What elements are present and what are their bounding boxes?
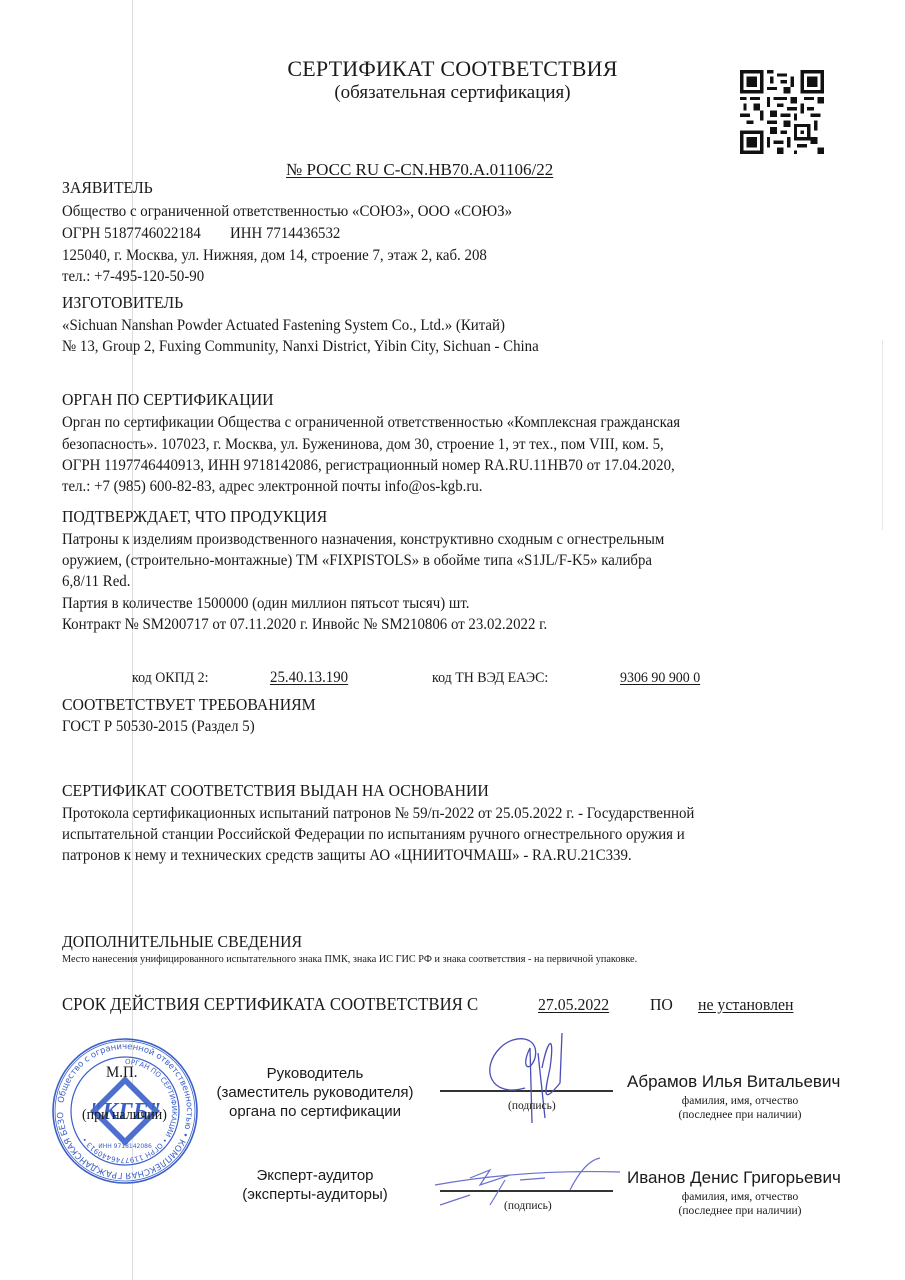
caption-line: (последнее при наличии) [640, 1108, 840, 1122]
applicant-name: Общество с ограниченной ответственностью… [62, 201, 512, 223]
auditor-role: Эксперт-аудитор (эксперты-аудиторы) [200, 1166, 430, 1204]
stamp-place-label: М.П. [106, 1062, 137, 1084]
basis-line: испытательной станции Российской Федерац… [62, 824, 685, 846]
product-line: Партия в количестве 1500000 (один миллио… [62, 593, 469, 615]
additional-text: Место нанесения унифицированного испытат… [62, 953, 637, 965]
role-line: Руководитель [200, 1064, 430, 1083]
signatory-name: Абрамов Илья Витальевич [627, 1072, 840, 1092]
okpd-label: код ОКПД 2: [132, 667, 209, 689]
name-caption: фамилия, имя, отчество (последнее при на… [640, 1094, 840, 1122]
manufacturer-heading: ИЗГОТОВИТЕЛЬ [62, 293, 183, 313]
qr-code-icon [740, 70, 824, 154]
tnved-value: 9306 90 900 0 [620, 667, 700, 689]
caption-line: фамилия, имя, отчество [640, 1190, 840, 1204]
validity-to-label: ПО [650, 994, 673, 1016]
okpd-value: 25.40.13.190 [270, 667, 348, 689]
role-line: Эксперт-аудитор [200, 1166, 430, 1185]
certificate-number: № РОСС RU C-CN.HB70.A.01106/22 [286, 160, 553, 180]
svg-text:ИНН 9718142086: ИНН 9718142086 [98, 1143, 152, 1150]
role-line: (заместитель руководителя) [200, 1083, 430, 1102]
applicant-heading: ЗАЯВИТЕЛЬ [62, 178, 153, 198]
product-line: Патроны к изделиям производственного наз… [62, 529, 664, 551]
requirements-heading: СООТВЕТСТВУЕТ ТРЕБОВАНИЯМ [62, 695, 316, 715]
signature-caption: (подпись) [508, 1100, 556, 1112]
stamp-place-note: (при наличии) [82, 1104, 167, 1126]
caption-line: (последнее при наличии) [640, 1204, 840, 1218]
applicant-inn: ИНН 7714436532 [230, 223, 340, 245]
basis-line: патронов к нему и технических средств за… [62, 845, 632, 867]
signatory-role-head: Руководитель (заместитель руководителя) … [200, 1064, 430, 1121]
validity-to: не установлен [698, 994, 793, 1016]
certification-body-line: тел.: +7 (985) 600-82-83, адрес электрон… [62, 476, 482, 498]
product-line: Контракт № SM200717 от 07.11.2020 г. Инв… [62, 614, 547, 636]
manufacturer-name: «Sichuan Nanshan Powder Actuated Fasteni… [62, 315, 505, 337]
product-heading: ПОДТВЕРЖДАЕТ, ЧТО ПРОДУКЦИЯ [62, 507, 327, 527]
role-line: (эксперты-аудиторы) [200, 1185, 430, 1204]
product-line: оружием, (строительно-монтажные) ТМ «FIX… [62, 550, 652, 572]
product-line: 6,8/11 Red. [62, 571, 130, 593]
role-line: органа по сертификации [200, 1102, 430, 1121]
caption-line: фамилия, имя, отчество [640, 1094, 840, 1108]
signature-caption: (подпись) [504, 1200, 552, 1212]
basis-line: Протокола сертификационных испытаний пат… [62, 803, 694, 825]
auditor-name: Иванов Денис Григорьевич [627, 1168, 841, 1188]
validity-from: 27.05.2022 [538, 994, 609, 1016]
basis-heading: СЕРТИФИКАТ СООТВЕТСТВИЯ ВЫДАН НА ОСНОВАН… [62, 781, 489, 801]
applicant-address: 125040, г. Москва, ул. Нижняя, дом 14, с… [62, 245, 487, 267]
tnved-label: код ТН ВЭД ЕАЭС: [432, 667, 548, 689]
applicant-ogrn: ОГРН 5187746022184 [62, 223, 201, 245]
additional-heading: ДОПОЛНИТЕЛЬНЫЕ СВЕДЕНИЯ [62, 932, 302, 952]
signature-scribble-icon [470, 1028, 590, 1128]
scan-artifact-line [882, 340, 883, 530]
name-caption: фамилия, имя, отчество (последнее при на… [640, 1190, 840, 1218]
certification-body-heading: ОРГАН ПО СЕРТИФИКАЦИИ [62, 390, 274, 410]
manufacturer-address: № 13, Group 2, Fuxing Community, Nanxi D… [62, 336, 539, 358]
certification-body-line: Орган по сертификации Общества с огранич… [62, 412, 680, 434]
requirements-standard: ГОСТ Р 50530-2015 (Раздел 5) [62, 716, 255, 738]
certification-body-line: безопасность». 107023, г. Москва, ул. Бу… [62, 434, 664, 456]
validity-label: СРОК ДЕЙСТВИЯ СЕРТИФИКАТА СООТВЕТСТВИЯ С [62, 994, 478, 1015]
certification-body-line: ОГРН 1197746440913, ИНН 9718142086, реги… [62, 455, 675, 477]
applicant-phone: тел.: +7-495-120-50-90 [62, 266, 204, 288]
